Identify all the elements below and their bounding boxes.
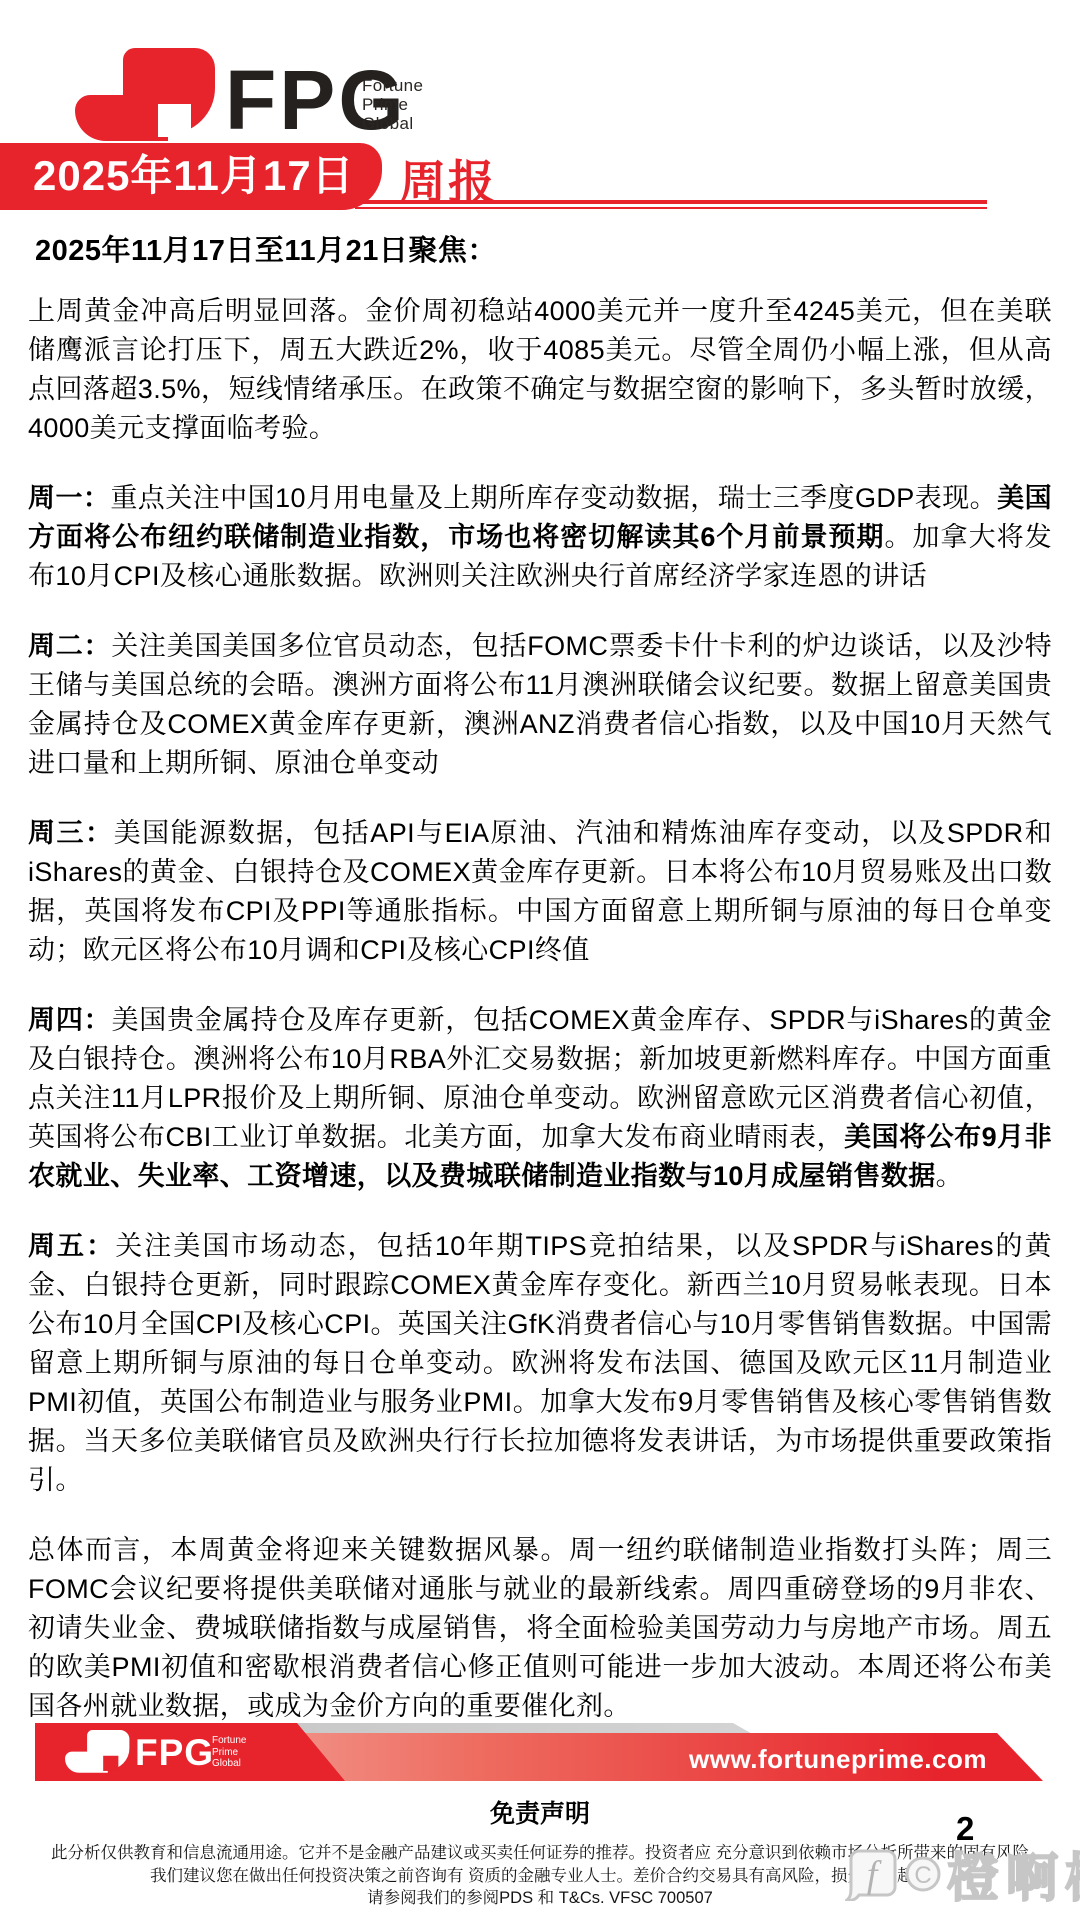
disclaimer-title: 免责声明 [0, 1794, 1080, 1830]
logo-brand-name: Fortune Prime Global [362, 76, 423, 133]
text-segment: 关注美国美国多位官员动态，包括FOMC票委卡什卡利的炉边谈话，以及沙特王储与美国… [28, 631, 1052, 778]
brand-line: Prime [212, 1747, 238, 1758]
text-segment: 。 [936, 1161, 963, 1191]
body-paragraph: 周五：关注美国市场动态，包括10年期TIPS竞拍结果，以及SPDR与iShare… [28, 1227, 1052, 1500]
watermark-copyright-icon: C [904, 1855, 942, 1893]
bold-segment: 周三： [28, 818, 114, 848]
body-paragraph: 上周黄金冲高后明显回落。金价周初稳站4000美元并一度升至4245美元，但在美联… [28, 292, 1052, 448]
body-paragraph: 总体而言，本周黄金将迎来关键数据风暴。周一纽约联储制造业指数打头阵；周三FOMC… [28, 1531, 1052, 1726]
body-paragraph: 周一：重点关注中国10月用电量及上期所库存变动数据，瑞士三季度GDP表现。美国方… [28, 479, 1052, 596]
brand-line: Fortune [362, 76, 423, 95]
bold-segment: 周二： [28, 631, 111, 661]
text-segment: 美国能源数据，包括API与EIA原油、汽油和精炼油库存变动，以及SPDR和iSh… [28, 818, 1052, 965]
body-paragraph: 周三：美国能源数据，包括API与EIA原油、汽油和精炼油库存变动，以及SPDR和… [28, 814, 1052, 970]
brand-line: Global [212, 1758, 241, 1769]
bold-segment: 周一： [28, 483, 110, 513]
weekly-report-page: FPG Fortune Prime Global 2025年11月17日 周报 … [0, 0, 1080, 1920]
fpg-logo-notch [103, 1756, 118, 1771]
text-segment: 重点关注中国10月用电量及上期所库存变动数据，瑞士三季度GDP表现。 [110, 483, 997, 513]
text-segment: 上周黄金冲高后明显回落。金价周初稳站4000美元并一度升至4245美元，但在美联… [28, 296, 1052, 443]
watermark-text: 橙啊橙 [947, 1836, 1080, 1911]
footer-logo-brand-name: Fortune Prime Global [212, 1735, 246, 1770]
text-segment: 总体而言，本周黄金将迎来关键数据风暴。周一纽约联储制造业指数打头阵；周三FOMC… [28, 1535, 1052, 1721]
report-type-label: 周报 [399, 146, 497, 213]
body-paragraph: 周四：美国贵金属持仓及库存更新，包括COMEX黄金库存、SPDR与iShares… [28, 1001, 1052, 1196]
date-banner: 2025年11月17日 [0, 143, 382, 210]
website-url: www.fortuneprime.com [689, 1744, 987, 1775]
text-segment: 关注美国市场动态，包括10年期TIPS竞拍结果，以及SPDR与iShares的黄… [28, 1231, 1052, 1495]
svg-text:C: C [914, 1862, 931, 1889]
fpg-logo-notch [158, 104, 191, 137]
body-paragraph: 周二：关注美国美国多位官员动态，包括FOMC票委卡什卡利的炉边谈话，以及沙特王储… [28, 627, 1052, 783]
footer-logo-abbr: FPG [135, 1732, 214, 1774]
report-date: 2025年11月17日 [0, 143, 382, 209]
bold-segment: 周五： [28, 1231, 115, 1261]
brand-line: Prime [362, 95, 408, 114]
watermark-bubble-icon: f [845, 1847, 899, 1901]
brand-line: Global [362, 114, 414, 133]
body-text: 上周黄金冲高后明显回落。金价周初稳站4000美元并一度升至4245美元，但在美联… [28, 292, 1052, 1757]
brand-line: Fortune [212, 1735, 246, 1746]
focus-heading: 2025年11月17日至11月21日聚焦： [35, 228, 497, 269]
bold-segment: 周四： [28, 1005, 111, 1035]
footer-banner: FPG Fortune Prime Global www.fortuneprim… [35, 1723, 1045, 1781]
watermark: f C 橙啊橙 [845, 1836, 1080, 1911]
